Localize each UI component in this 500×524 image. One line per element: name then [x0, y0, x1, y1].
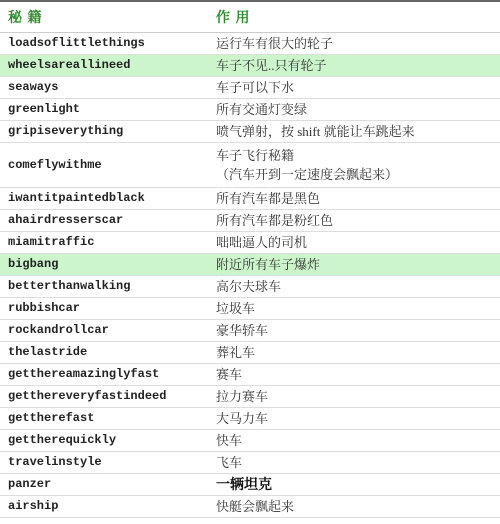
table-row: bigbang附近所有车子爆炸	[0, 254, 500, 276]
cheat-code-cell: rubbishcar	[0, 298, 208, 320]
cheat-code-cell: thelastride	[0, 342, 208, 364]
effect-cell: 大马力车	[208, 408, 500, 430]
table-row: seaways车子可以下水	[0, 77, 500, 99]
table-row: miamitraffic咄咄逼人的司机	[0, 232, 500, 254]
table-body: loadsoflittlethings运行车有很大的轮子wheelsareall…	[0, 33, 500, 518]
effect-cell: 车子可以下水	[208, 77, 500, 99]
effect-cell: 所有汽车都是粉红色	[208, 210, 500, 232]
table-row: loadsoflittlethings运行车有很大的轮子	[0, 33, 500, 55]
cheat-code-cell: greenlight	[0, 99, 208, 121]
cheat-code-cell: rockandrollcar	[0, 320, 208, 342]
table-row: rockandrollcar豪华轿车	[0, 320, 500, 342]
effect-cell: 豪华轿车	[208, 320, 500, 342]
cheat-code-cell: wheelsareallineed	[0, 55, 208, 77]
effect-cell: 咄咄逼人的司机	[208, 232, 500, 254]
table-row: getthereamazinglyfast赛车	[0, 364, 500, 386]
cheat-code-cell: miamitraffic	[0, 232, 208, 254]
table-row: thelastride葬礼车	[0, 342, 500, 364]
effect-cell: 一辆坦克	[208, 474, 500, 496]
header-cheat-code: 秘 籍	[0, 1, 208, 33]
table-header: 秘 籍 作 用	[0, 1, 500, 33]
table-row: gettherefast大马力车	[0, 408, 500, 430]
cheat-code-cell: bigbang	[0, 254, 208, 276]
effect-line: （汽车开到一定速度会飘起来）	[216, 165, 500, 184]
cheat-code-cell: gripiseverything	[0, 121, 208, 143]
table-row: airship快艇会飘起来	[0, 496, 500, 518]
header-effect: 作 用	[208, 1, 500, 33]
table-row: comeflywithme车子飞行秘籍（汽车开到一定速度会飘起来）	[0, 143, 500, 188]
table-row: iwantitpaintedblack所有汽车都是黑色	[0, 188, 500, 210]
table-row: travelinstyle飞车	[0, 452, 500, 474]
table-row: ahairdresserscar所有汽车都是粉红色	[0, 210, 500, 232]
cheat-code-cell: airship	[0, 496, 208, 518]
cheat-code-cell: ahairdresserscar	[0, 210, 208, 232]
effect-cell: 高尔夫球车	[208, 276, 500, 298]
effect-cell: 所有汽车都是黑色	[208, 188, 500, 210]
table-row: getthereveryfastindeed拉力赛车	[0, 386, 500, 408]
table-row: wheelsareallineed车子不见..只有轮子	[0, 55, 500, 77]
effect-cell: 葬礼车	[208, 342, 500, 364]
effect-cell: 飞车	[208, 452, 500, 474]
effect-cell: 快艇会飘起来	[208, 496, 500, 518]
effect-cell: 所有交通灯变绿	[208, 99, 500, 121]
cheat-code-cell: getthereveryfastindeed	[0, 386, 208, 408]
effect-cell: 拉力赛车	[208, 386, 500, 408]
table-row: rubbishcar垃圾车	[0, 298, 500, 320]
cheat-code-cell: gettherequickly	[0, 430, 208, 452]
cheat-code-cell: gettherefast	[0, 408, 208, 430]
cheat-code-cell: comeflywithme	[0, 143, 208, 188]
effect-cell: 赛车	[208, 364, 500, 386]
effect-line: 车子飞行秘籍	[216, 146, 500, 165]
cheat-code-cell: iwantitpaintedblack	[0, 188, 208, 210]
cheat-codes-table: 秘 籍 作 用 loadsoflittlethings运行车有很大的轮子whee…	[0, 0, 500, 518]
effect-cell: 附近所有车子爆炸	[208, 254, 500, 276]
table-row: betterthanwalking高尔夫球车	[0, 276, 500, 298]
table-row: greenlight所有交通灯变绿	[0, 99, 500, 121]
header-row: 秘 籍 作 用	[0, 1, 500, 33]
effect-cell: 快车	[208, 430, 500, 452]
cheat-code-cell: loadsoflittlethings	[0, 33, 208, 55]
table-row: gripiseverything喷气弹射，按 shift 就能让车跳起来	[0, 121, 500, 143]
cheat-code-cell: getthereamazinglyfast	[0, 364, 208, 386]
table-row: gettherequickly快车	[0, 430, 500, 452]
cheat-code-cell: betterthanwalking	[0, 276, 208, 298]
effect-cell: 运行车有很大的轮子	[208, 33, 500, 55]
cheat-code-cell: panzer	[0, 474, 208, 496]
cheat-code-cell: travelinstyle	[0, 452, 208, 474]
cheat-code-cell: seaways	[0, 77, 208, 99]
effect-cell: 垃圾车	[208, 298, 500, 320]
table-row: panzer一辆坦克	[0, 474, 500, 496]
effect-cell: 车子不见..只有轮子	[208, 55, 500, 77]
effect-cell: 喷气弹射，按 shift 就能让车跳起来	[208, 121, 500, 143]
effect-cell: 车子飞行秘籍（汽车开到一定速度会飘起来）	[208, 143, 500, 188]
